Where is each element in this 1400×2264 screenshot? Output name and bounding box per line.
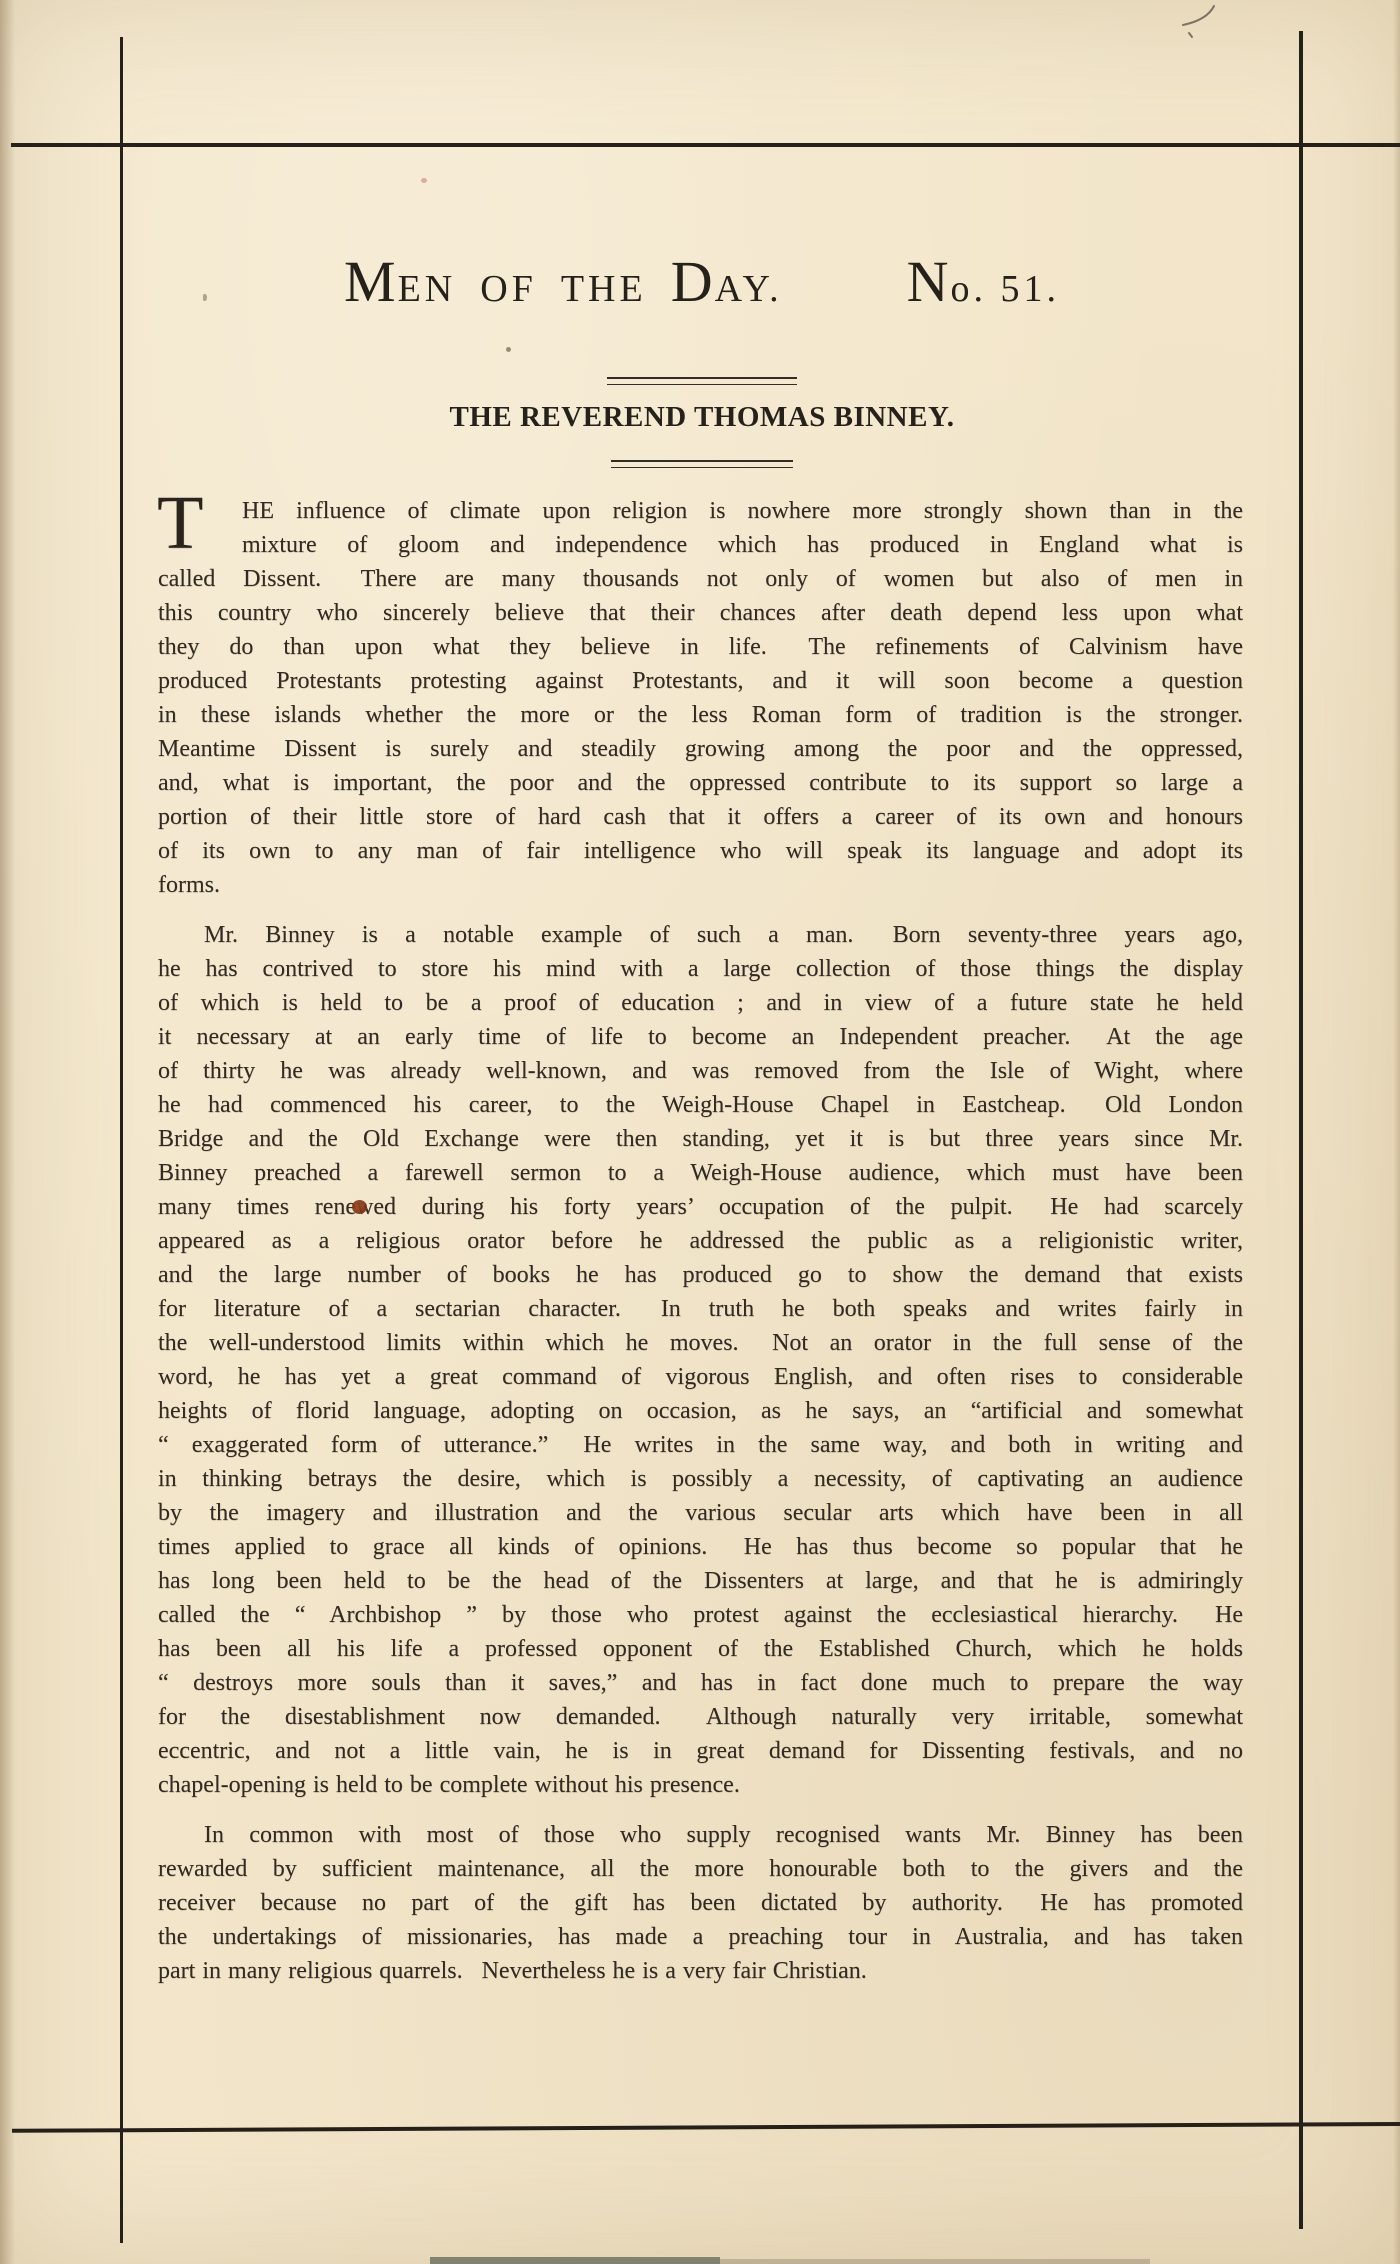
text-line: this country who sincerely believe that … <box>158 596 1243 630</box>
text-line: times applied to grace all kinds of opin… <box>158 1530 1243 1564</box>
frame-rule-bottom <box>12 2122 1400 2133</box>
text-line: and the large number of books he has pro… <box>158 1258 1243 1292</box>
text-line: heights of florid language, adopting on … <box>158 1394 1243 1428</box>
text-line: he has contrived to store his mind with … <box>158 952 1243 986</box>
series-title: MENOFTHEDAY. <box>332 250 795 329</box>
series-number: No. 51. <box>895 250 1072 329</box>
text-line: by the imagery and illustration and the … <box>158 1496 1243 1530</box>
masthead: MENOFTHEDAY. No. 51. THE REVEREND THOMAS… <box>158 250 1246 468</box>
text-line: the undertakings of missionaries, has ma… <box>158 1920 1243 1954</box>
title-word: No. 51. <box>907 288 1060 305</box>
text-line: Mr. Binney is a notable example of such … <box>158 918 1243 952</box>
paragraph: Mr. Binney is a notable example of such … <box>158 918 1243 1802</box>
text-line: of its own to any man of fair intelligen… <box>158 834 1243 868</box>
text-line: forms. <box>158 868 1243 902</box>
text-line: of thirty he was already well-known, and… <box>158 1054 1243 1088</box>
title-word: DAY. <box>671 288 783 305</box>
text-line: has been all his life a professed oppone… <box>158 1632 1243 1666</box>
text-line: he had commenced his career, to the Weig… <box>158 1088 1243 1122</box>
title-word: OF <box>480 288 537 305</box>
frame-rule-left <box>120 37 123 2243</box>
ink-blot <box>352 1200 367 1214</box>
text-line: for the disestablishment now demanded. A… <box>158 1700 1243 1734</box>
text-line: chapel-opening is held to be complete wi… <box>158 1768 1243 1802</box>
text-line: “ destroys more souls than it saves,” an… <box>158 1666 1243 1700</box>
divider-rule-lower <box>611 460 793 468</box>
text-line: they do than upon what they believe in l… <box>158 630 1243 664</box>
page-title: THE REVEREND THOMAS BINNEY. <box>158 399 1246 435</box>
text-line: Meantime Dissent is surely and steadily … <box>158 732 1243 766</box>
text-line: has long been held to be the head of the… <box>158 1564 1243 1598</box>
text-line: In common with most of those who supply … <box>158 1818 1243 1852</box>
text-line: and, what is important, the poor and the… <box>158 766 1243 800</box>
text-line: for literature of a sectarian character.… <box>158 1292 1243 1326</box>
text-line: called Dissent. There are many thousands… <box>158 562 1243 596</box>
text-line: part in many religious quarrels. Neverth… <box>158 1954 1243 1988</box>
paragraph: HE influence of climate upon religion is… <box>158 494 1243 902</box>
page-gutter-shadow <box>0 0 15 2264</box>
text-line: word, he has yet a great command of vigo… <box>158 1360 1243 1394</box>
text-line: it necessary at an early time of life to… <box>158 1020 1243 1054</box>
divider-rule-upper <box>607 377 797 385</box>
text-line: Bridge and the Old Exchange were then st… <box>158 1122 1243 1156</box>
text-line: HE influence of climate upon religion is… <box>158 494 1243 528</box>
text-line: the well-understood limits within which … <box>158 1326 1243 1360</box>
frame-rule-right <box>1299 31 1303 2229</box>
article-body: HE influence of climate upon religion is… <box>158 494 1243 1988</box>
text-line: Binney preached a farewell sermon to a W… <box>158 1156 1243 1190</box>
page-edge-shadow <box>1393 0 1400 2264</box>
text-line: of which is held to be a proof of educat… <box>158 986 1243 1020</box>
title-word: MEN <box>344 288 456 305</box>
scan-edge-artifact <box>430 2257 720 2264</box>
paper-speck <box>421 178 427 183</box>
text-line: “ exaggerated form of utterance.” He wri… <box>158 1428 1243 1462</box>
text-line: many times renewed during his forty year… <box>158 1190 1243 1224</box>
text-line: produced Protestants protesting against … <box>158 664 1243 698</box>
text-line: rewarded by sufficient maintenance, all … <box>158 1852 1243 1886</box>
series-line: MENOFTHEDAY. No. 51. <box>158 250 1246 329</box>
text-line: called the “ Archbishop ” by those who p… <box>158 1598 1243 1632</box>
paragraph: In common with most of those who supply … <box>158 1818 1243 1988</box>
frame-rule-top <box>11 143 1400 147</box>
text-line: eccentric, and not a little vain, he is … <box>158 1734 1243 1768</box>
text-line: in these islands whether the more or the… <box>158 698 1243 732</box>
text-line: mixture of gloom and independence which … <box>158 528 1243 562</box>
title-word: THE <box>561 288 647 305</box>
text-line: portion of their little store of hard ca… <box>158 800 1243 834</box>
scanned-page: MENOFTHEDAY. No. 51. THE REVEREND THOMAS… <box>0 0 1400 2264</box>
scan-edge-artifact <box>720 2259 1150 2264</box>
text-line: receiver because no part of the gift has… <box>158 1886 1243 1920</box>
text-line: in thinking betrays the desire, which is… <box>158 1462 1243 1496</box>
pen-mark <box>1168 2 1228 44</box>
text-line: appeared as a religious orator before he… <box>158 1224 1243 1258</box>
